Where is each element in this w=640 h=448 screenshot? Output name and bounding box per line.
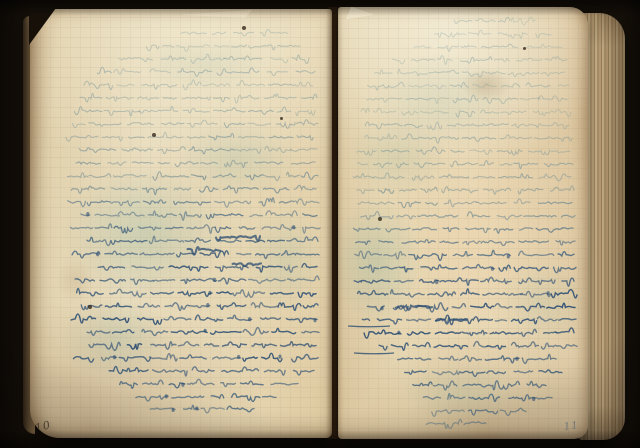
left-page: 10 xyxy=(30,9,332,438)
left-page-handwriting xyxy=(30,9,332,438)
right-page-handwriting xyxy=(338,7,588,439)
photo-background: 10 11 xyxy=(0,0,640,448)
right-page: 11 xyxy=(338,7,588,439)
right-page-number: 11 xyxy=(564,420,580,433)
